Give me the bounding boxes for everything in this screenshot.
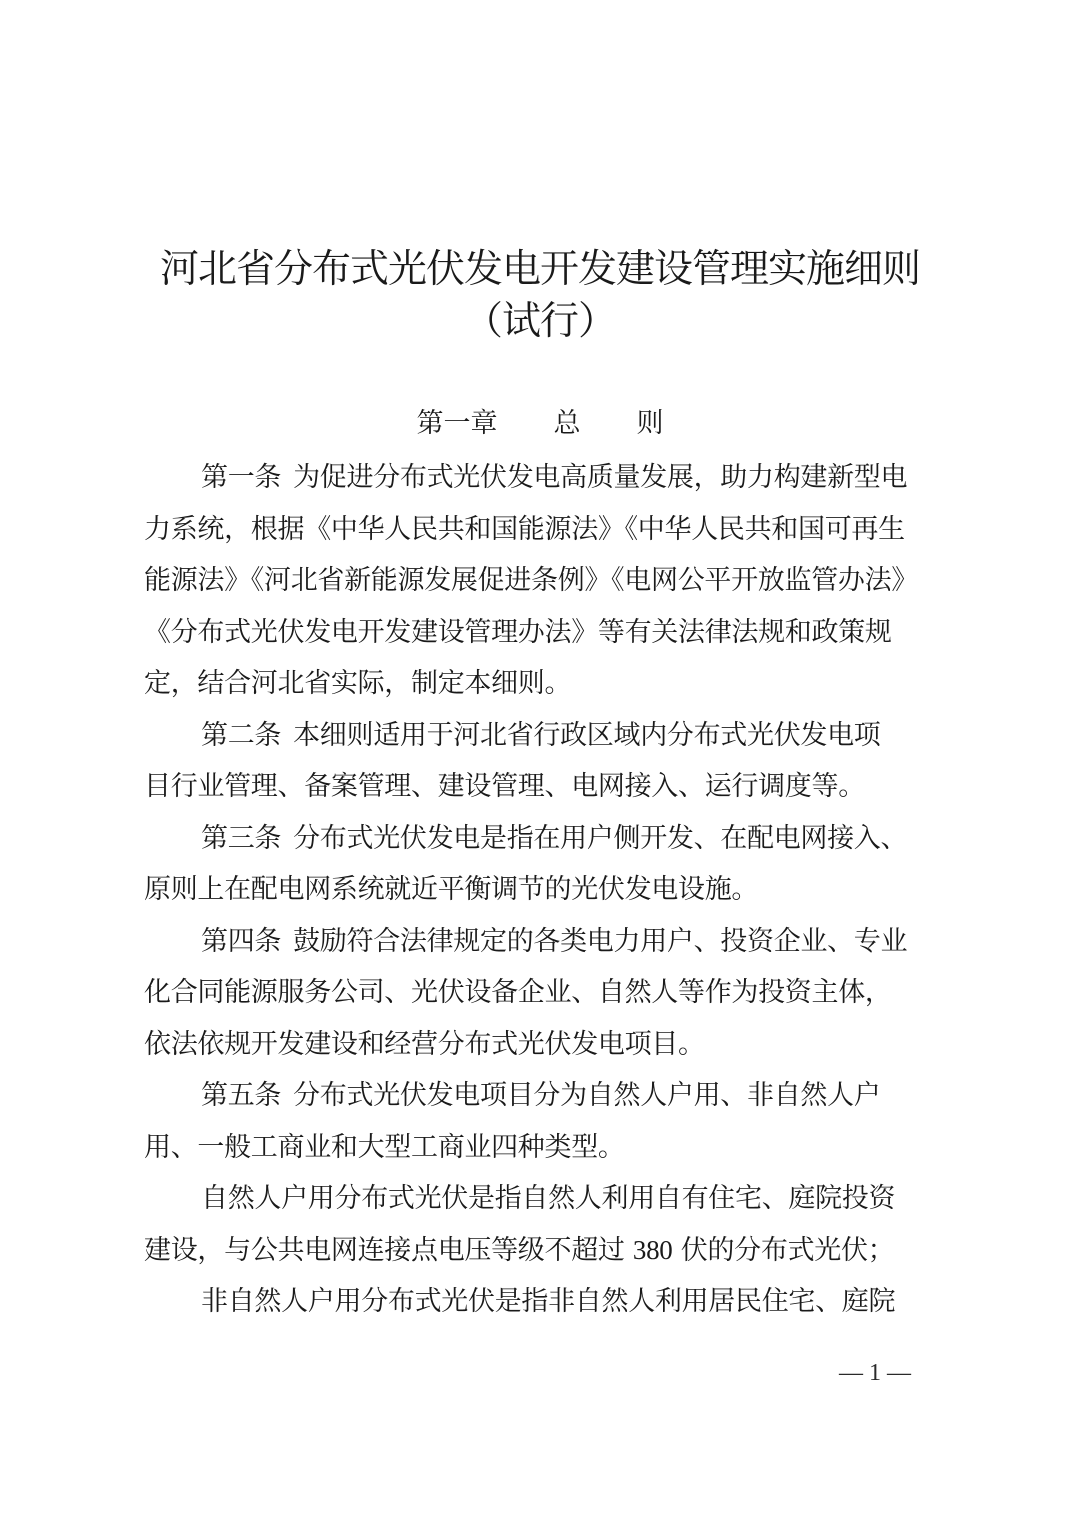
paragraph-line: 《分布式光伏发电开发建设管理办法》等有关法律法规和政策规: [144, 607, 936, 659]
article-4-line: 第四条鼓励符合法律规定的各类电力用户、投资企业、专业: [144, 916, 936, 968]
paragraph-text: 分布式光伏发电项目分为自然人户用、非自然人户: [293, 1080, 880, 1111]
document-title: 河北省分布式光伏发电开发建设管理实施细则: [0, 246, 1080, 294]
article-label: 第五条: [201, 1070, 281, 1122]
paragraph-text: 本细则适用于河北省行政区域内分布式光伏发电项: [293, 720, 880, 751]
paragraph-text: 分布式光伏发电是指在用户侧开发、在配电网接入、: [293, 823, 907, 854]
paragraph-line: 自然人户用分布式光伏是指自然人利用自有住宅、庭院投资: [144, 1173, 936, 1225]
chapter-name-part2: 则: [637, 404, 664, 444]
paragraph-text: 伏的分布式光伏；: [673, 1235, 895, 1266]
voltage-value: 380: [633, 1235, 673, 1265]
document-page: 河北省分布式光伏发电开发建设管理实施细则 （试行） 第一章总则 第一条为促进分布…: [0, 0, 1080, 1527]
paragraph-line: 化合同能源服务公司、光伏设备企业、自然人等作为投资主体，: [144, 967, 936, 1019]
paragraph-line: 非自然人户用分布式光伏是指非自然人利用居民住宅、庭院: [144, 1276, 936, 1328]
article-label: 第三条: [201, 813, 281, 865]
paragraph-line: 目行业管理、备案管理、建设管理、电网接入、运行调度等。: [144, 761, 936, 813]
paragraph-text: 为促进分布式光伏发电高质量发展，助力构建新型电: [293, 462, 907, 493]
document-body: 第一条为促进分布式光伏发电高质量发展，助力构建新型电 力系统，根据《中华人民共和…: [144, 452, 936, 1328]
paragraph-line: 用、一般工商业和大型工商业四种类型。: [144, 1122, 936, 1174]
paragraph-line: 能源法》《河北省新能源发展促进条例》《电网公平开放监管办法》: [144, 555, 936, 607]
article-3-line: 第三条分布式光伏发电是指在用户侧开发、在配电网接入、: [144, 813, 936, 865]
chapter-name-part1: 总: [554, 404, 581, 444]
paragraph-line: 力系统，根据《中华人民共和国能源法》《中华人民共和国可再生: [144, 504, 936, 556]
article-2-line: 第二条本细则适用于河北省行政区域内分布式光伏发电项: [144, 710, 936, 762]
article-label: 第二条: [201, 710, 281, 762]
paragraph-text: 鼓励符合法律规定的各类电力用户、投资企业、专业: [293, 926, 907, 957]
article-1-line: 第一条为促进分布式光伏发电高质量发展，助力构建新型电: [144, 452, 936, 504]
paragraph-line: 原则上在配电网系统就近平衡调节的光伏发电设施。: [144, 864, 936, 916]
article-label: 第四条: [201, 916, 281, 968]
article-5-line: 第五条分布式光伏发电项目分为自然人户用、非自然人户: [144, 1070, 936, 1122]
chapter-number: 第一章: [417, 404, 498, 444]
document-subtitle: （试行）: [0, 298, 1080, 346]
paragraph-text: 建设，与公共电网连接点电压等级不超过: [144, 1235, 633, 1266]
page-number: — 1 —: [820, 1360, 930, 1387]
paragraph-line: 建设，与公共电网连接点电压等级不超过 380 伏的分布式光伏；: [144, 1225, 936, 1277]
article-label: 第一条: [201, 452, 281, 504]
paragraph-line: 依法依规开发建设和经营分布式光伏发电项目。: [144, 1019, 936, 1071]
chapter-heading: 第一章总则: [0, 404, 1080, 444]
paragraph-line: 定，结合河北省实际，制定本细则。: [144, 658, 936, 710]
